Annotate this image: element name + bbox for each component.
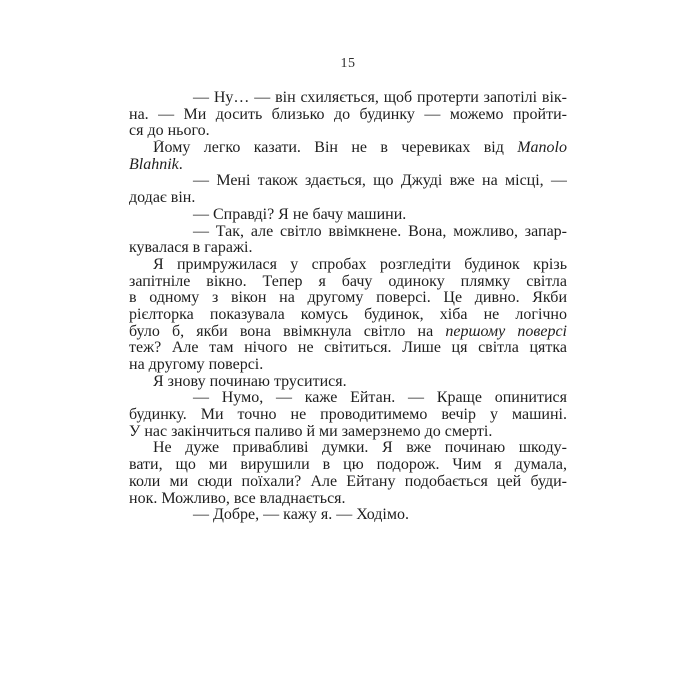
text-segment: додає він.	[129, 190, 195, 206]
text-segment: запітніле вікно. Тепер я бачу одиноку пл…	[129, 274, 567, 290]
text-segment: Не дуже привабливі думки. Я вже починаю …	[153, 440, 567, 456]
text-line: Blahnik.	[129, 157, 567, 174]
text-segment: — Нумо, — каже Ейтан. — Краще опинитися …	[193, 390, 567, 407]
text-segment: вати, що ми вирушили в цю подорож. Чим я…	[129, 457, 567, 473]
text-segment: кувалася в гаражі.	[129, 240, 253, 256]
text-line: — Нумо, — каже Ейтан. — Краще опинитися …	[129, 390, 567, 407]
text-segment: — Добре, — кажу я. — Ходімо.	[193, 507, 409, 523]
text-segment: на. — Ми досить близько до будинку — мож…	[129, 107, 567, 123]
text-line: — Так, але світло ввімкнене. Вона, можли…	[129, 224, 567, 241]
text-line: в одному з вікон на другому поверсі. Це …	[129, 290, 567, 307]
text-line: Я примружилася у спробах розгледіти буди…	[129, 257, 567, 274]
text-line: будинку. Ми точно не проводитимемо вечір…	[129, 407, 567, 424]
text-line: було б, якби вона ввімкнула світло на пе…	[129, 324, 567, 341]
text-line: додає він.	[129, 190, 567, 207]
page-number: 15	[129, 55, 567, 72]
text-segment: теж? Але там нічого не світиться. Лише ц…	[129, 340, 567, 356]
text-line: — Справді? Я не бачу машини.	[129, 207, 567, 224]
text-segment: на другому поверсі.	[129, 357, 263, 373]
text-line: ся до нього.	[129, 123, 567, 140]
text-line: — Добре, — кажу я. — Ходімо.	[129, 507, 567, 524]
text-segment: ся до нього.	[129, 123, 210, 139]
text-line: теж? Але там нічого не світиться. Лише ц…	[129, 340, 567, 357]
text-line: вати, що ми вирушили в цю подорож. Чим я…	[129, 457, 567, 474]
italic-text-segment: Manolo	[517, 140, 567, 156]
text-line: кувалася в гаражі.	[129, 240, 567, 257]
text-line: — Мені також здається, що Джуді вже на м…	[129, 173, 567, 190]
text-line: — Ну… — він схиляється, щоб протерти зап…	[129, 90, 567, 107]
text-line: рієлторка показувала комусь будинок, хіб…	[129, 307, 567, 324]
book-page: 15 — Ну… — він схиляється, щоб протерти …	[0, 0, 700, 700]
text-segment: Я знову починаю труситися.	[153, 374, 347, 390]
text-segment: У нас закінчиться паливо й ми замерзнемо…	[129, 424, 492, 440]
text-segment: — Мені також здається, що Джуді вже на м…	[193, 173, 567, 189]
text-segment: було б, якби вона ввімкнула світло на	[129, 324, 445, 340]
text-segment: будинку. Ми точно не проводитимемо вечір…	[129, 407, 567, 423]
text-segment: — Ну… — він схиляється, щоб протерти зап…	[193, 90, 567, 106]
text-segment: Я примружилася у спробах розгледіти буди…	[153, 257, 567, 273]
text-segment: рієлторка показувала комусь будинок, хіб…	[129, 307, 567, 323]
text-segment: — Так, але світло ввімкнене. Вона, можли…	[193, 224, 567, 240]
text-line: Йому легко казати. Він не в черевиках ві…	[129, 140, 567, 157]
text-line: У нас закінчиться паливо й ми замерзнемо…	[129, 424, 567, 441]
text-line: коли ми сюди поїхали? Але Ейтану подобає…	[129, 474, 567, 491]
text-line: Не дуже привабливі думки. Я вже починаю …	[129, 440, 567, 457]
text-line: нок. Можливо, все владнається.	[129, 491, 567, 508]
text-line: на. — Ми досить близько до будинку — мож…	[129, 107, 567, 124]
text-segment: нок. Можливо, все владнається.	[129, 491, 346, 507]
text-segment: коли ми сюди поїхали? Але Ейтану подобає…	[129, 474, 567, 490]
italic-text-segment: Blahnik	[129, 157, 179, 173]
text-line: на другому поверсі.	[129, 357, 567, 374]
text-segment: Йому легко казати. Він не в черевиках ві…	[153, 140, 517, 156]
text-line: Я знову починаю труситися.	[129, 374, 567, 391]
text-segment: — Справді? Я не бачу машини.	[193, 207, 406, 223]
text-segment: .	[179, 157, 183, 173]
italic-text-segment: першому поверсі	[445, 324, 567, 340]
text-block: — Ну… — він схиляється, щоб протерти зап…	[129, 90, 567, 524]
text-segment: в одному з вікон на другому поверсі. Це …	[129, 290, 567, 306]
text-line: запітніле вікно. Тепер я бачу одиноку пл…	[129, 274, 567, 291]
